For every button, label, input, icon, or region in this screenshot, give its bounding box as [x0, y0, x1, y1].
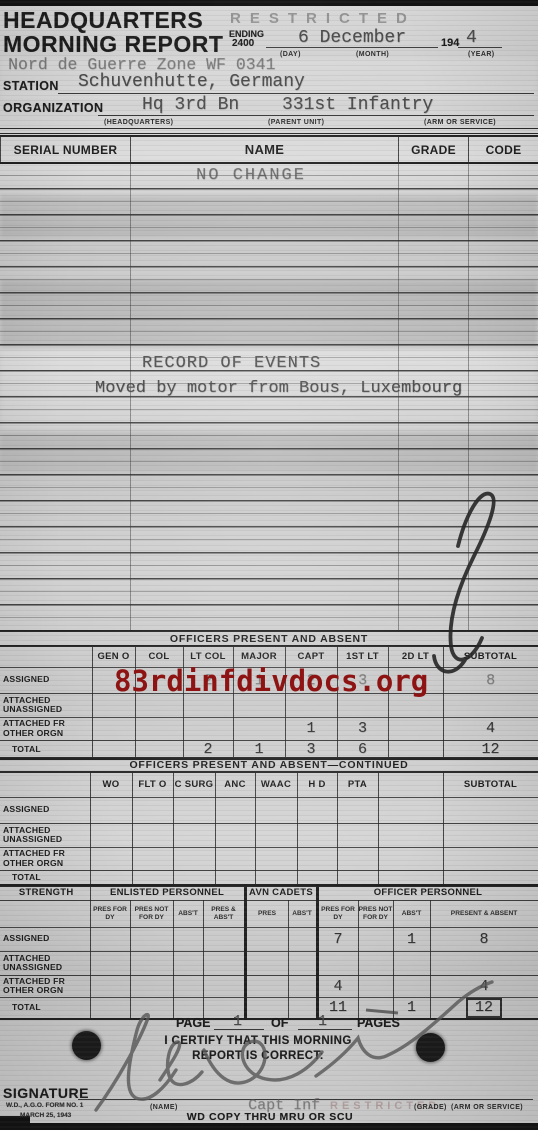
col-flt-o: FLT O — [132, 772, 173, 797]
page-total-value: 1 — [318, 1013, 327, 1030]
officers2-row-assigned: ASSIGNED — [0, 797, 538, 823]
organization-parent-value: 331st Infantry — [282, 95, 433, 115]
restricted-stamp-top: RESTRICTED — [230, 10, 416, 27]
col-grade: GRADE — [399, 136, 469, 163]
wd-copy-line: WD COPY THRU MRU OR SCU — [150, 1111, 390, 1123]
name-caption: (NAME) — [150, 1104, 178, 1111]
date-day-month-value: 6 December — [298, 28, 406, 48]
roster-column-divider — [468, 162, 469, 630]
strength-label: STRENGTH — [0, 885, 90, 900]
organization-label: ORGANIZATION — [3, 101, 103, 115]
form-number: W.D., A.G.O. FORM NO. 1MARCH 25, 1943 — [6, 1101, 83, 1121]
col-h-d: H D — [297, 772, 337, 797]
punch-hole-right — [416, 1033, 445, 1062]
month-caption: (MONTH) — [356, 51, 389, 58]
strength-row-assigned: ASSIGNED 7 1 8 — [0, 927, 538, 951]
col-pta: PTA — [337, 772, 378, 797]
officers2-row-attached-unassigned: ATTACHED UNASSIGNED — [0, 823, 538, 847]
year-caption: (YEAR) — [468, 51, 495, 58]
strength-row-attached-fr: ATTACHED FR OTHER ORGN 4 4 — [0, 975, 538, 997]
scan-edge-top — [0, 0, 538, 6]
col-c-surg: C SURG — [173, 772, 215, 797]
signature-label: SIGNATURE — [3, 1085, 89, 1101]
col-name: NAME — [131, 136, 399, 163]
organization-unit-value: Hq 3rd Bn — [142, 95, 239, 115]
group-avn-cadets: AVN CADETS — [245, 885, 317, 900]
year-printed: 194 — [441, 37, 459, 49]
form-title-headquarters: HEADQUARTERS — [3, 7, 203, 34]
record-of-events-entry: Moved by motor from Bous, Luxembourg — [95, 379, 462, 398]
station-label: STATION — [3, 79, 59, 93]
officers-table-title: OFFICERS PRESENT AND ABSENT — [0, 631, 538, 646]
certify-statement: I CERTIFY THAT THIS MORNINGREPORT IS COR… — [138, 1034, 378, 1064]
strength-row-attached-unassigned: ATTACHED UNASSIGNED — [0, 951, 538, 975]
morning-report-document: HEADQUARTERS RESTRICTED MORNING REPORT E… — [0, 0, 538, 1130]
col-wo: WO — [90, 772, 132, 797]
col-anc: ANC — [215, 772, 255, 797]
record-of-events-title: RECORD OF EVENTS — [142, 354, 321, 373]
year-underline — [458, 30, 502, 48]
pages-label: PAGES — [357, 1016, 400, 1030]
form-title-morning-report: MORNING REPORT — [3, 31, 223, 58]
scan-edge-bottom — [0, 1123, 538, 1130]
arm-service-caption: (ARM OR SERVICE) — [424, 119, 496, 126]
headquarters-caption: (HEADQUARTERS) — [104, 119, 173, 126]
officers2-row-attached-fr: ATTACHED FR OTHER ORGN — [0, 847, 538, 870]
strength-table: STRENGTH ENLISTED PERSONNEL AVN CADETS O… — [0, 884, 538, 1020]
ending-time: 2400 — [232, 38, 254, 49]
col-code: CODE — [469, 136, 538, 163]
punch-hole-left — [72, 1031, 101, 1060]
col-subtotal: SUBTOTAL — [443, 646, 538, 667]
officers-row-attached-fr: ATTACHED FR OTHER ORGN 1 3 4 — [0, 717, 538, 740]
group-officer: OFFICER PERSONNEL — [317, 885, 538, 900]
page-label: PAGE — [176, 1016, 211, 1030]
website-watermark: 83rdinfdivdocs.org — [114, 664, 428, 698]
grade-caption: (GRADE) — [414, 1104, 447, 1111]
of-label: OF — [271, 1016, 288, 1030]
page-current-value: 1 — [233, 1013, 242, 1030]
col-subtotal2: SUBTOTAL — [443, 772, 538, 797]
group-enlisted: ENLISTED PERSONNEL — [90, 885, 245, 900]
double-rule — [0, 128, 538, 134]
day-caption: (DAY) — [280, 51, 301, 58]
col-serial-number: SERIAL NUMBER — [1, 136, 131, 163]
roster-header-table: SERIAL NUMBER NAME GRADE CODE — [0, 135, 538, 164]
strength-row-total: TOTAL 11 1 12 — [0, 997, 538, 1019]
officers-continued-title: OFFICERS PRESENT AND ABSENT—CONTINUED — [0, 758, 538, 772]
total-present-absent-boxed: 12 — [466, 998, 502, 1019]
station-value: Schuvenhutte, Germany — [78, 72, 305, 92]
arm-service-caption-bottom: (ARM OR SERVICE) — [451, 1104, 523, 1111]
roster-entry-no-change: NO CHANGE — [196, 166, 306, 185]
year-digit-value: 4 — [466, 28, 477, 48]
officers-continued-table: OFFICERS PRESENT AND ABSENT—CONTINUED WO… — [0, 757, 538, 887]
col-waac: WAAC — [255, 772, 297, 797]
parent-unit-caption: (PARENT UNIT) — [268, 119, 324, 126]
